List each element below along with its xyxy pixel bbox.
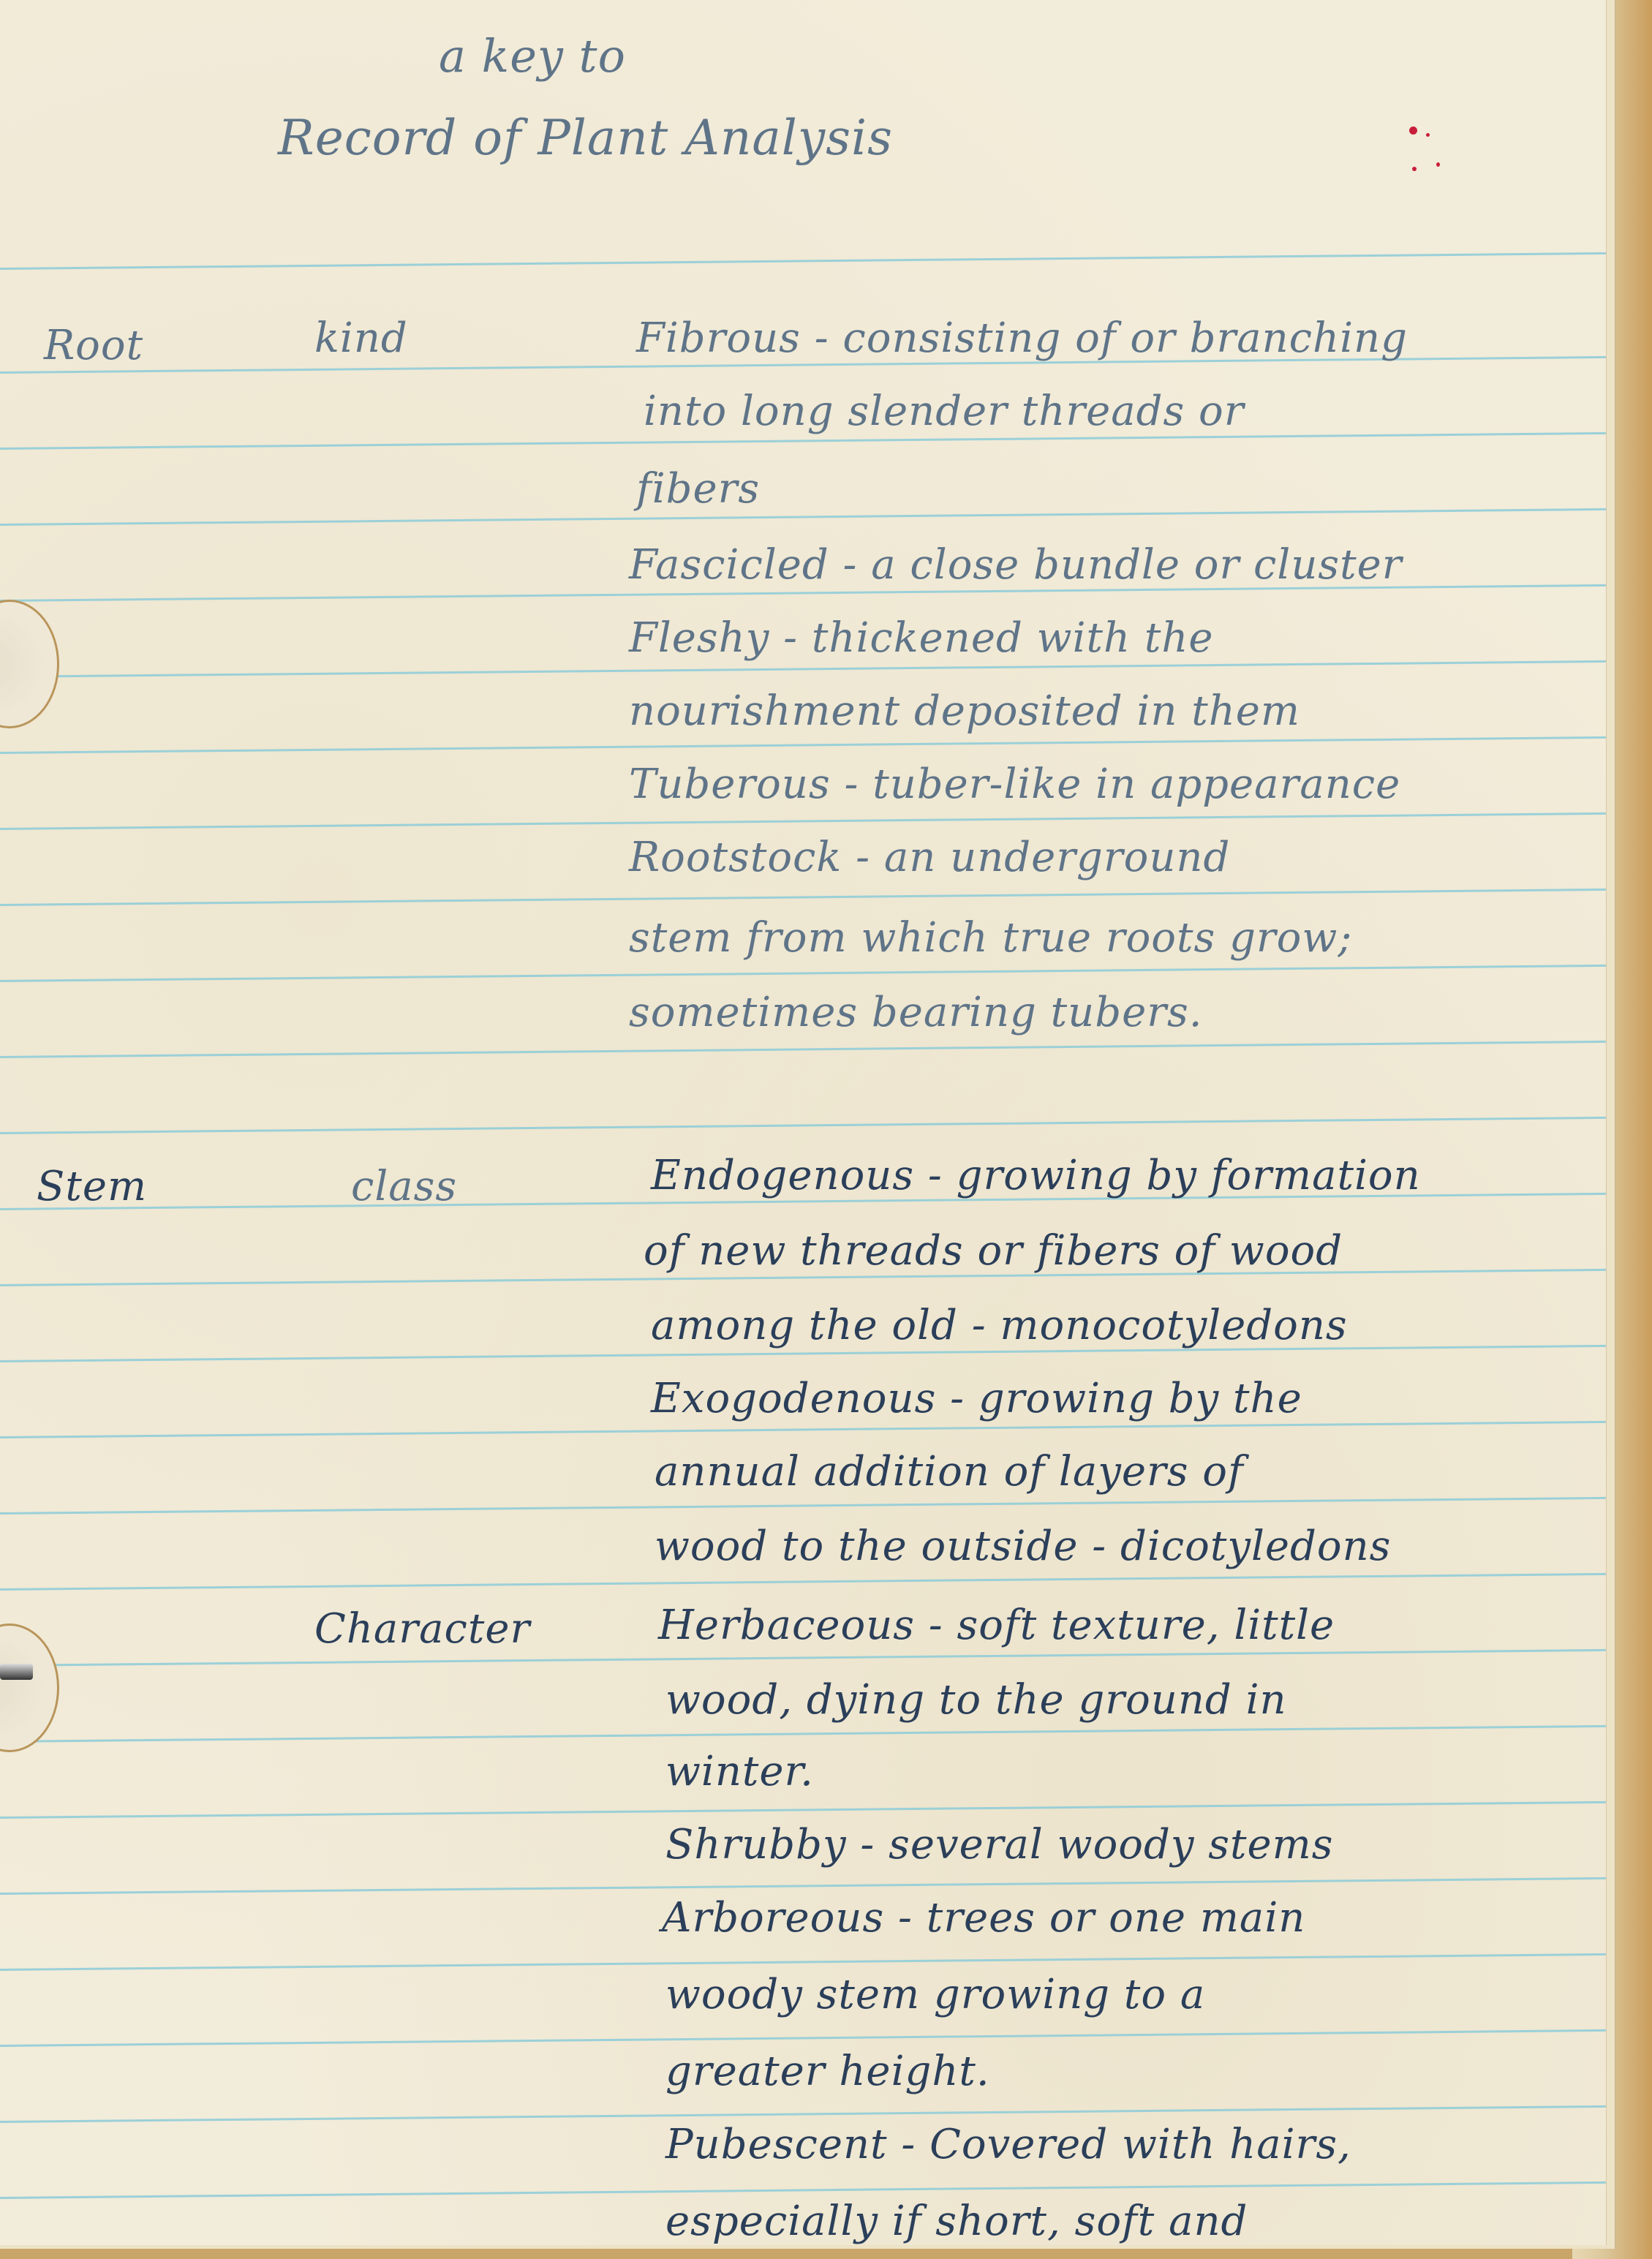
ruled-line bbox=[0, 736, 1606, 754]
ruled-line bbox=[0, 1421, 1606, 1438]
definition-line: Shrubby - several woody stems bbox=[665, 1821, 1334, 1868]
ruled-line bbox=[0, 1725, 1606, 1743]
part-label-root: Root bbox=[44, 322, 143, 369]
definition-line: Fascicled - a close bundle or cluster bbox=[629, 541, 1403, 589]
binder-hole-reinforcement bbox=[0, 600, 59, 728]
red-ink-mark bbox=[1409, 127, 1417, 135]
ruled-line bbox=[0, 1953, 1606, 1971]
red-ink-mark bbox=[1426, 133, 1430, 137]
definition-line: Rootstock - an underground bbox=[629, 834, 1230, 881]
ruled-line bbox=[0, 660, 1606, 678]
part-label-stem: Stem bbox=[37, 1163, 147, 1210]
definition-line: winter. bbox=[665, 1748, 814, 1795]
ruled-line bbox=[0, 1573, 1606, 1591]
definition-line: annual addition of layers of bbox=[655, 1448, 1244, 1496]
definition-line: Fibrous - consisting of or branching bbox=[636, 314, 1408, 362]
definition-line: Fleshy - thickened with the bbox=[629, 614, 1214, 662]
notebook-page: a key to Record of Plant Analysis Root k… bbox=[0, 0, 1607, 2245]
definition-line: Herbaceous - soft texture, little bbox=[658, 1602, 1335, 1649]
ruled-line bbox=[0, 965, 1606, 982]
document-title-line2: Record of Plant Analysis bbox=[278, 110, 893, 166]
ruled-line bbox=[0, 252, 1606, 270]
definition-line: greater height. bbox=[665, 2048, 990, 2095]
definition-line: into long slender threads or bbox=[644, 388, 1245, 435]
ruled-line bbox=[0, 1649, 1606, 1667]
definition-line: nourishment deposited in them bbox=[629, 687, 1300, 735]
ruled-line bbox=[0, 2029, 1606, 2047]
ruled-line bbox=[0, 1801, 1606, 1819]
ruled-line bbox=[0, 1877, 1606, 1895]
definition-line: fibers bbox=[636, 465, 760, 513]
red-ink-mark bbox=[1412, 167, 1417, 171]
definition-line: Pubescent - Covered with hairs, bbox=[665, 2121, 1351, 2168]
definition-line: wood, dying to the ground in bbox=[665, 1676, 1287, 1724]
definition-line: wood to the outside - dicotyledons bbox=[655, 1523, 1391, 1570]
definition-line: among the old - monocotyledons bbox=[651, 1302, 1348, 1349]
definition-line: Arboreous - trees or one main bbox=[662, 1894, 1305, 1942]
definition-line: Exogodenous - growing by the bbox=[651, 1375, 1302, 1422]
ruled-line bbox=[0, 1117, 1606, 1134]
ruled-line bbox=[0, 889, 1606, 906]
definition-line: especially if short, soft and bbox=[665, 2198, 1248, 2245]
definition-line: of new threads or fibers of wood bbox=[644, 1227, 1343, 1275]
ruled-line bbox=[0, 1041, 1606, 1058]
binder-hole-reinforcement bbox=[0, 1623, 59, 1752]
binder-ring bbox=[0, 1664, 33, 1680]
definition-line: Endogenous - growing by formation bbox=[651, 1152, 1421, 1199]
ruled-line bbox=[0, 812, 1606, 830]
definition-line: woody stem growing to a bbox=[665, 1971, 1205, 2018]
category-label-class: class bbox=[351, 1163, 457, 1210]
category-label-character: Character bbox=[314, 1605, 530, 1653]
definition-line: sometimes bearing tubers. bbox=[629, 989, 1203, 1036]
red-ink-mark bbox=[1436, 162, 1440, 167]
definition-line: stem from which true roots grow; bbox=[629, 914, 1352, 962]
ruled-line bbox=[0, 1497, 1606, 1515]
ruled-line bbox=[0, 508, 1606, 526]
definition-line: Tuberous - tuber-like in appearance bbox=[629, 761, 1400, 808]
category-label-kind: kind bbox=[314, 314, 408, 362]
ruled-line bbox=[0, 2181, 1606, 2199]
document-title-line1: a key to bbox=[439, 29, 626, 83]
